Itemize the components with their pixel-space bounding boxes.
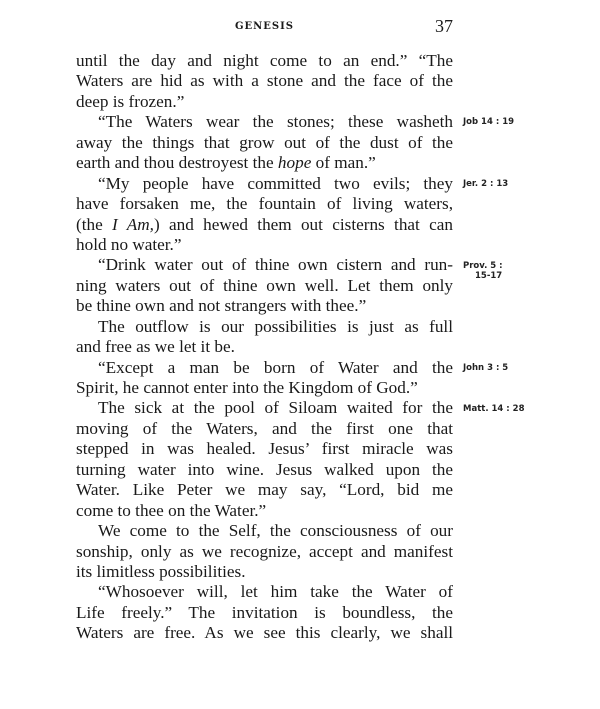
text-line: and free as we let it be.: [76, 337, 453, 357]
text-line: hold no water.”: [76, 235, 453, 255]
text-line: “Except a man be born of Water and the: [76, 358, 453, 378]
text-line: We come to the Self, the consciousness o…: [76, 521, 453, 541]
text-line: turning water into wine. Jesus walked up…: [76, 460, 453, 480]
emphasis: I Am,: [112, 215, 154, 234]
text-line: (the I Am,) and hewed them out cisterns …: [76, 215, 453, 235]
text-line: Spirit, he cannot enter into the Kingdom…: [76, 378, 453, 398]
text-line: moving of the Waters, and the first one …: [76, 419, 453, 439]
running-head: GENESIS 37: [76, 18, 453, 38]
text-line: Waters are free. As we see this clearly,…: [76, 623, 453, 643]
text-line: The sick at the pool of Siloam waited fo…: [76, 398, 453, 418]
text-line: have forsaken me, the fountain of living…: [76, 194, 453, 214]
page-number: 37: [435, 16, 453, 37]
text-line: earth and thou destroyest the hope of ma…: [76, 153, 453, 173]
text-line: sonship, only as we recognize, accept an…: [76, 542, 453, 562]
text-line: Water. Like Peter we may say, “Lord, bid…: [76, 480, 453, 500]
text-line: “The Waters wear the stones; these washe…: [76, 112, 453, 132]
text-line: The outflow is our possibilities is just…: [76, 317, 453, 337]
chapter-title: GENESIS: [76, 21, 453, 32]
text-line: ning waters out of thine own well. Let t…: [76, 276, 453, 296]
scripture-reference: Prov. 5 :15-17: [463, 261, 503, 281]
scripture-reference: Jer. 2 : 13: [463, 179, 508, 189]
text-line: “Drink water out of thine own cistern an…: [76, 255, 453, 275]
text-line: away the things that grow out of the dus…: [76, 133, 453, 153]
scripture-reference: Matt. 14 : 28: [463, 404, 524, 414]
text-line: deep is frozen.”: [76, 92, 453, 112]
text-line: until the day and night come to an end.”…: [76, 51, 453, 71]
text-line: Waters are hid as with a stone and the f…: [76, 71, 453, 91]
text-line: come to thee on the Water.”: [76, 501, 453, 521]
scripture-reference: Job 14 : 19: [463, 117, 514, 127]
scripture-reference: John 3 : 5: [463, 363, 508, 373]
body-text: until the day and night come to an end.”…: [76, 51, 453, 644]
text-line: be thine own and not strangers with thee…: [76, 296, 453, 316]
text-line: “My people have committed two evils; the…: [76, 174, 453, 194]
text-line: “Whosoever will, let him take the Water …: [76, 582, 453, 602]
text-line: Life freely.” The invitation is boundles…: [76, 603, 453, 623]
text-line: its limitless possibilities.: [76, 562, 453, 582]
emphasis: hope: [278, 153, 311, 172]
text-line: stepped in was healed. Jesus’ first mira…: [76, 439, 453, 459]
